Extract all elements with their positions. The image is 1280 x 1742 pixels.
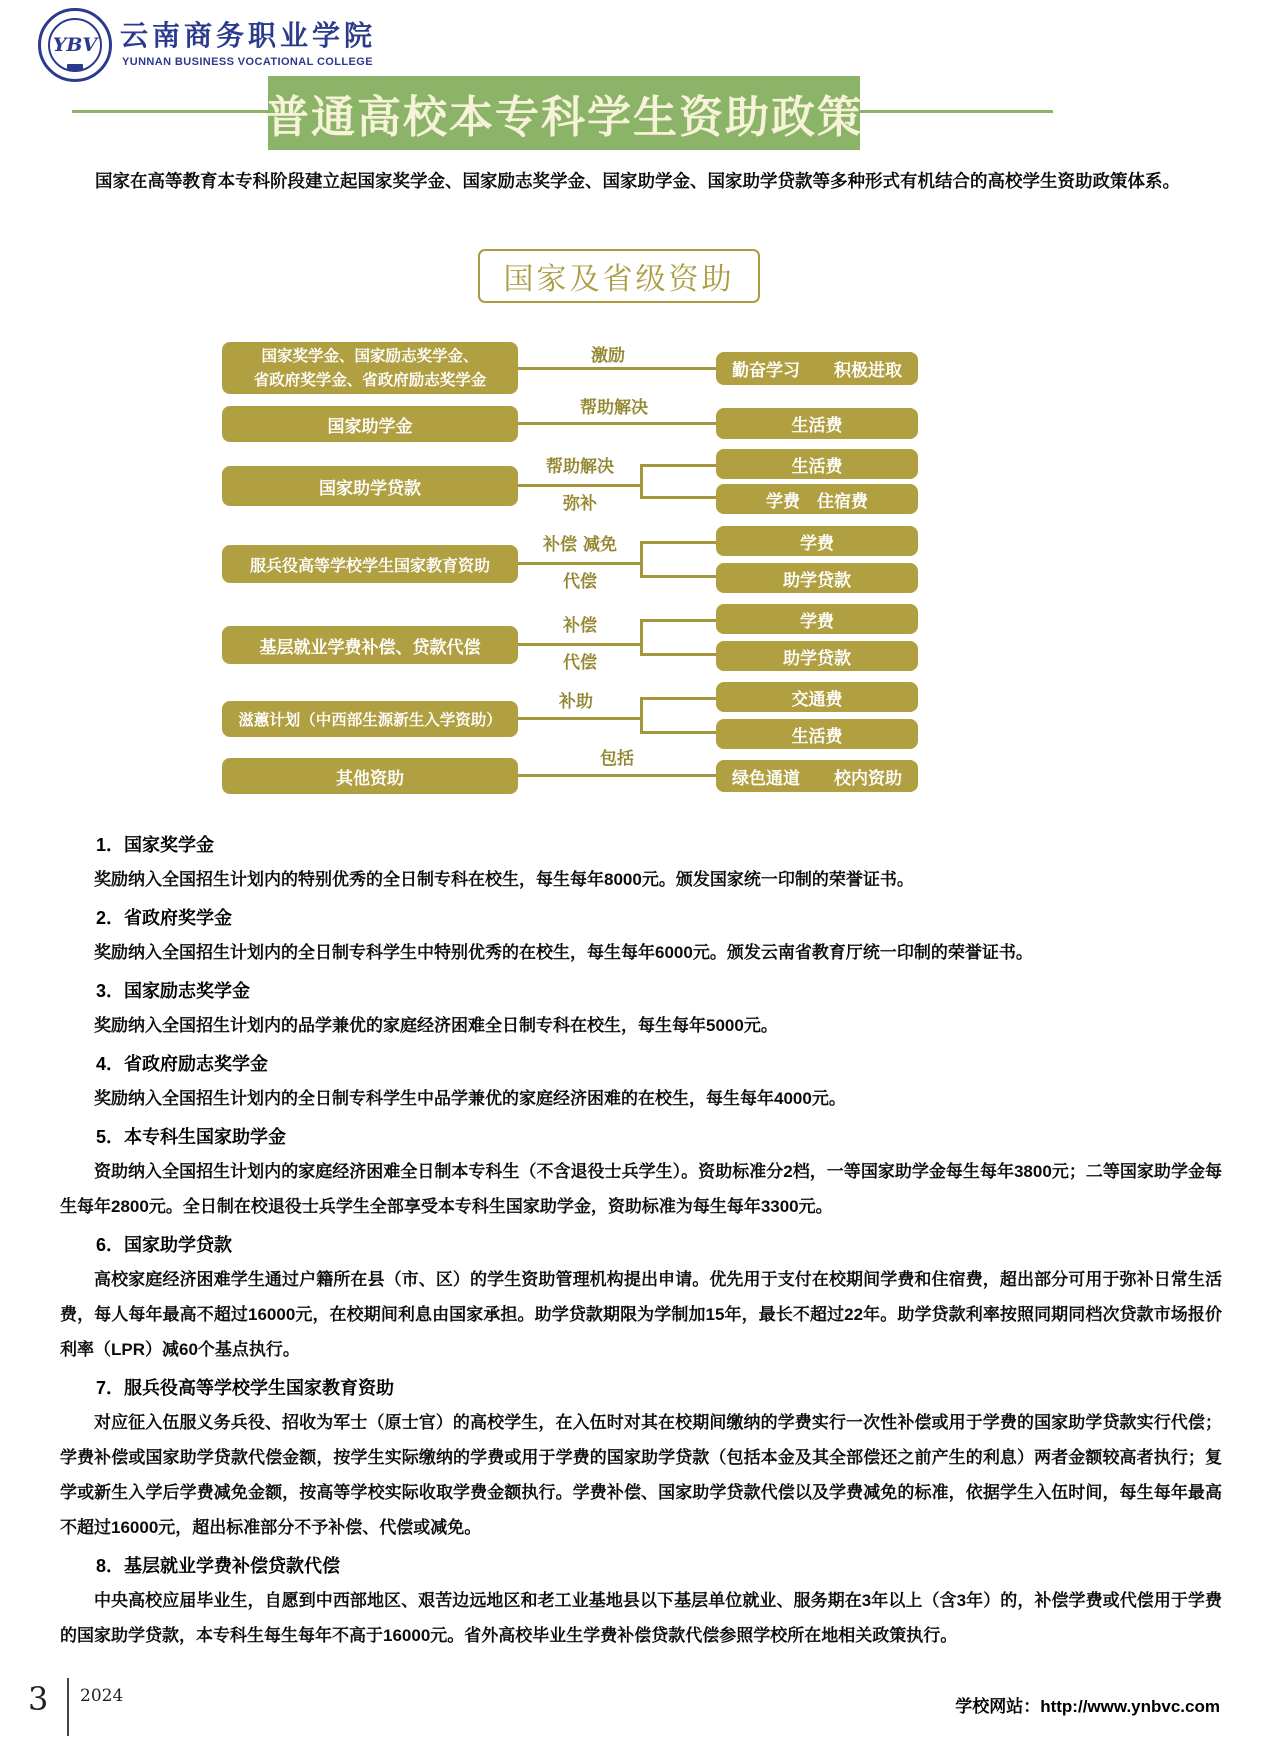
section-body: 中央高校应届毕业生，自愿到中西部地区、艰苦边远地区和老工业基地县以下基层单位就业… xyxy=(60,1583,1222,1653)
section-heading: 1．国家奖学金 xyxy=(96,829,1222,861)
diagram-source-box: 基层就业学费补偿、贷款代偿 xyxy=(222,626,518,664)
section-heading: 5．本专科生国家助学金 xyxy=(96,1121,1222,1153)
section-body: 奖励纳入全国招生计划内的特别优秀的全日制专科在校生，每生每年8000元。颁发国家… xyxy=(60,862,1222,897)
diagram-target-box: 学费 xyxy=(716,604,918,634)
page-number: 3 xyxy=(28,1680,48,1718)
connector-line xyxy=(518,562,640,565)
diagram-target-box: 交通费 xyxy=(716,682,918,712)
college-seal-icon: YBV xyxy=(38,8,112,82)
aid-diagram: 国家奖学金、国家励志奖学金、 省政府奖学金、省政府励志奖学金 激励 勤奋学习 积… xyxy=(220,340,920,800)
diagram-source-box: 国家奖学金、国家励志奖学金、 省政府奖学金、省政府励志奖学金 xyxy=(222,342,518,394)
connector-line xyxy=(518,422,716,425)
banner-line-right xyxy=(860,110,1053,113)
source-box-line1: 国家奖学金、国家励志奖学金、 xyxy=(261,344,478,368)
section-body: 对应征入伍服义务兵役、招收为军士（原士官）的高校学生，在入伍时对其在校期间缴纳的… xyxy=(60,1405,1222,1545)
banner-line-left xyxy=(72,110,268,113)
footer-divider xyxy=(67,1678,69,1736)
section-body: 高校家庭经济困难学生通过户籍所在县（市、区）的学生资助管理机构提出申请。优先用于… xyxy=(60,1262,1222,1367)
diagram-source-box: 国家助学贷款 xyxy=(222,466,518,506)
website-url[interactable]: http://www.ynbvc.com xyxy=(1040,1697,1220,1716)
section-heading: 2．省政府奖学金 xyxy=(96,902,1222,934)
seal-monogram: YBV xyxy=(53,34,97,56)
diagram-source-box: 其他资助 xyxy=(222,758,518,794)
section-heading: 8．基层就业学费补偿贷款代偿 xyxy=(96,1550,1222,1582)
diagram-target-box: 勤奋学习 积极进取 xyxy=(716,352,918,385)
connector-line xyxy=(518,717,640,720)
footer-website: 学校网站：http://www.ynbvc.com xyxy=(955,1692,1220,1717)
section-heading: 4．省政府励志奖学金 xyxy=(96,1048,1222,1080)
section-body: 奖励纳入全国招生计划内的品学兼优的家庭经济困难全日制专科在校生，每生每年5000… xyxy=(60,1008,1222,1043)
intro-paragraph: 国家在高等教育本专科阶段建立起国家奖学金、国家励志奖学金、国家助学金、国家助学贷… xyxy=(60,162,1222,200)
diagram-target-box: 绿色通道 校内资助 xyxy=(716,760,918,792)
connector-label: 帮助解决 xyxy=(580,393,648,418)
connector-bracket xyxy=(640,697,716,734)
connector-label: 代偿 xyxy=(563,648,597,673)
footer-year: 2024 xyxy=(80,1686,123,1706)
connector-label: 补偿 减免 xyxy=(543,530,617,555)
diagram-target-box: 助学贷款 xyxy=(716,641,918,671)
connector-line xyxy=(518,774,716,777)
section-heading: 7．服兵役高等学校学生国家教育资助 xyxy=(96,1372,1222,1404)
connector-label: 补偿 xyxy=(563,611,597,636)
connector-label: 弥补 xyxy=(563,489,597,514)
connector-line xyxy=(518,484,640,487)
diagram-source-box: 滋蕙计划（中西部生源新生入学资助） xyxy=(222,701,518,737)
section-body: 奖励纳入全国招生计划内的全日制专科学生中特别优秀的在校生，每生每年6000元。颁… xyxy=(60,935,1222,970)
connector-label: 激励 xyxy=(591,341,625,366)
section-heading: 6．国家助学贷款 xyxy=(96,1229,1222,1261)
diagram-title: 国家及省级资助 xyxy=(504,254,735,298)
college-name: 云南商务职业学院 xyxy=(120,14,376,54)
source-box-line2: 省政府奖学金、省政府励志奖学金 xyxy=(254,368,487,392)
page-title: 普通高校本专科学生资助政策 xyxy=(265,81,863,145)
diagram-source-box: 国家助学金 xyxy=(222,406,518,442)
diagram-target-box: 学费 住宿费 xyxy=(716,484,918,514)
connector-bracket xyxy=(640,464,716,499)
college-name-en: YUNNAN BUSINESS VOCATIONAL COLLEGE xyxy=(122,56,373,68)
section-body: 资助纳入全国招生计划内的家庭经济困难全日制本专科生（不含退役士兵学生）。资助标准… xyxy=(60,1154,1222,1224)
seal-bottom-tag xyxy=(67,64,83,71)
diagram-target-box: 助学贷款 xyxy=(716,563,918,593)
connector-label: 补助 xyxy=(559,687,593,712)
diagram-target-box: 生活费 xyxy=(716,408,918,439)
page-title-banner: 普通高校本专科学生资助政策 xyxy=(268,76,860,150)
website-label: 学校网站： xyxy=(955,1697,1040,1716)
page: YBV 云南商务职业学院 YUNNAN BUSINESS VOCATIONAL … xyxy=(0,0,1280,1742)
connector-line xyxy=(518,367,716,370)
diagram-source-box: 服兵役高等学校学生国家教育资助 xyxy=(222,545,518,583)
connector-label: 包括 xyxy=(600,744,634,769)
section-body: 奖励纳入全国招生计划内的全日制专科学生中品学兼优的家庭经济困难的在校生，每生每年… xyxy=(60,1081,1222,1116)
connector-label: 帮助解决 xyxy=(546,452,614,477)
diagram-title-box: 国家及省级资助 xyxy=(478,249,760,303)
diagram-target-box: 生活费 xyxy=(716,719,918,749)
section-heading: 3．国家励志奖学金 xyxy=(96,975,1222,1007)
diagram-target-box: 生活费 xyxy=(716,449,918,479)
connector-line xyxy=(518,643,640,646)
policy-sections: 1．国家奖学金 奖励纳入全国招生计划内的特别优秀的全日制专科在校生，每生每年80… xyxy=(60,824,1222,1653)
diagram-target-box: 学费 xyxy=(716,526,918,556)
connector-bracket xyxy=(640,541,716,578)
connector-label: 代偿 xyxy=(563,567,597,592)
connector-bracket xyxy=(640,619,716,656)
